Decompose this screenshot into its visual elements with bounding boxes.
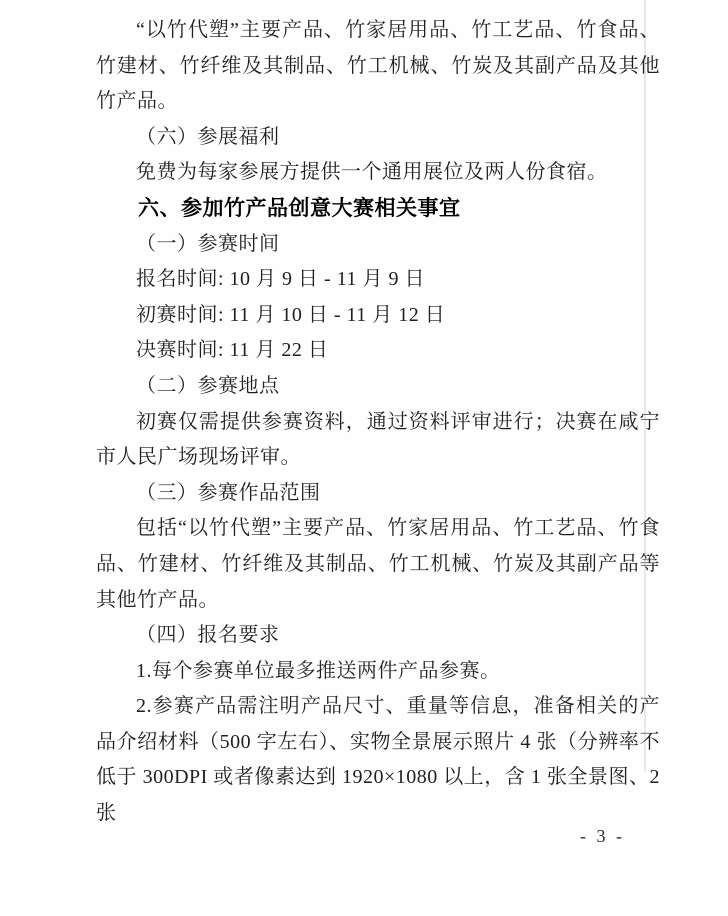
subheading-exhibition-benefits: （六）参展福利 [96,120,660,156]
subheading-competition-time: （一）参赛时间 [96,227,660,263]
document-page: “以竹代塑”主要产品、竹家居用品、竹工艺品、竹食品、竹建材、竹纤维及其制品、竹工… [0,0,728,916]
paragraph-exhibition-benefits: 免费为每家参展方提供一个通用展位及两人份食宿。 [96,155,660,191]
paragraph-competition-location: 初赛仅需提供参赛资料，通过资料评审进行；决赛在咸宁市人民广场现场评审。 [96,405,660,476]
heading-competition-section: 六、参加竹产品创意大赛相关事宜 [96,191,660,227]
page-number: - 3 - [580,826,625,847]
subheading-registration-requirements: （四）报名要求 [96,618,660,654]
paragraph-preliminary-time: 初赛时间: 11 月 10 日 - 11 月 12 日 [96,298,660,334]
paragraph-bamboo-products-scope: “以竹代塑”主要产品、竹家居用品、竹工艺品、竹食品、竹建材、竹纤维及其制品、竹工… [96,13,660,120]
paragraph-entry-scope: 包括“以竹代塑”主要产品、竹家居用品、竹工艺品、竹食品、竹建材、竹纤维及其制品、… [96,511,660,618]
paragraph-requirement-2: 2.参赛产品需注明产品尺寸、重量等信息，准备相关的产品介绍材料（500 字左右）… [96,689,660,831]
paragraph-requirement-1: 1.每个参赛单位最多推送两件产品参赛。 [96,654,660,690]
subheading-competition-location: （二）参赛地点 [96,369,660,405]
paragraph-final-time: 决赛时间: 11 月 22 日 [96,333,660,369]
document-body: “以竹代塑”主要产品、竹家居用品、竹工艺品、竹食品、竹建材、竹纤维及其制品、竹工… [96,13,660,832]
subheading-entry-scope: （三）参赛作品范围 [96,476,660,512]
paragraph-registration-time: 报名时间: 10 月 9 日 - 11 月 9 日 [96,262,660,298]
